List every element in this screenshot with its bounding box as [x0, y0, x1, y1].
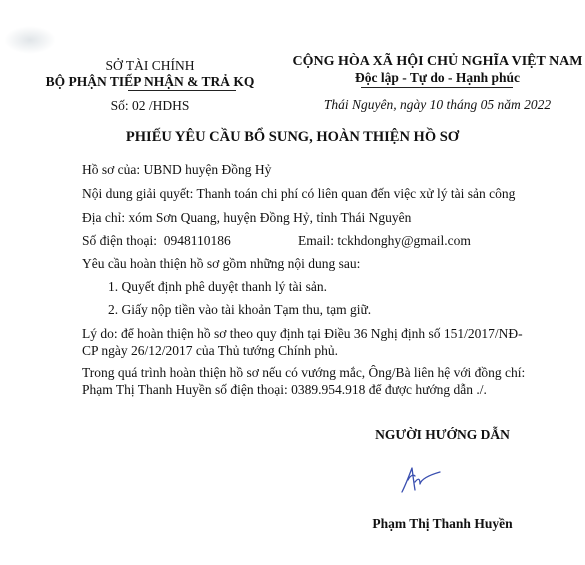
motto-underline — [361, 87, 513, 88]
email-line: Email: tckhdonghy@gmail.com — [298, 233, 471, 249]
applicant-line: Hồ sơ của: UBND huyện Đồng Hỷ — [82, 162, 271, 178]
phone-line: Số điện thoại: 0948110186 — [82, 233, 231, 249]
national-motto: Độc lập - Tự do - Hạnh phúc — [290, 70, 585, 86]
reason-line-1: Lý do: để hoàn thiện hồ sơ theo quy định… — [82, 326, 523, 342]
address-line: Địa chỉ: xóm Sơn Quang, huyện Đồng Hỷ, t… — [82, 210, 411, 226]
content-line: Nội dung giải quyết: Thanh toán chi phí … — [82, 186, 515, 202]
document-title: PHIẾU YÊU CẦU BỔ SUNG, HOÀN THIỆN HỒ SƠ — [0, 129, 585, 146]
reason-line-2: CP ngày 26/12/2017 của Thủ tướng Chính p… — [82, 343, 338, 359]
national-title: CỘNG HÒA XÃ HỘI CHỦ NGHĨA VIỆT NAM — [290, 54, 585, 70]
scan-artifact — [4, 26, 56, 54]
request-intro: Yêu cầu hoàn thiện hồ sơ gồm những nội d… — [82, 256, 360, 272]
signer-role: NGƯỜI HƯỚNG DẪN — [300, 427, 585, 443]
department-underline — [128, 90, 236, 91]
signature-icon — [396, 462, 446, 496]
contact-line-1: Trong quá trình hoàn thiện hồ sơ nếu có … — [82, 365, 525, 381]
agency-name: SỞ TÀI CHÍNH — [0, 58, 300, 74]
document-page: SỞ TÀI CHÍNH BỘ PHẬN TIẾP NHẬN & TRẢ KQ … — [0, 0, 585, 565]
department-name: BỘ PHẬN TIẾP NHẬN & TRẢ KQ — [0, 74, 300, 90]
request-item: 1. Quyết định phê duyệt thanh lý tài sản… — [108, 279, 327, 295]
document-number: Số: 02 /HDHS — [0, 98, 300, 114]
contact-line-2: Phạm Thị Thanh Huyền số điện thoại: 0389… — [82, 382, 487, 398]
request-item: 2. Giấy nộp tiền vào tài khoản Tạm thu, … — [108, 302, 371, 318]
signer-name: Phạm Thị Thanh Huyền — [300, 516, 585, 532]
place-and-date: Thái Nguyên, ngày 10 tháng 05 năm 2022 — [290, 97, 585, 113]
